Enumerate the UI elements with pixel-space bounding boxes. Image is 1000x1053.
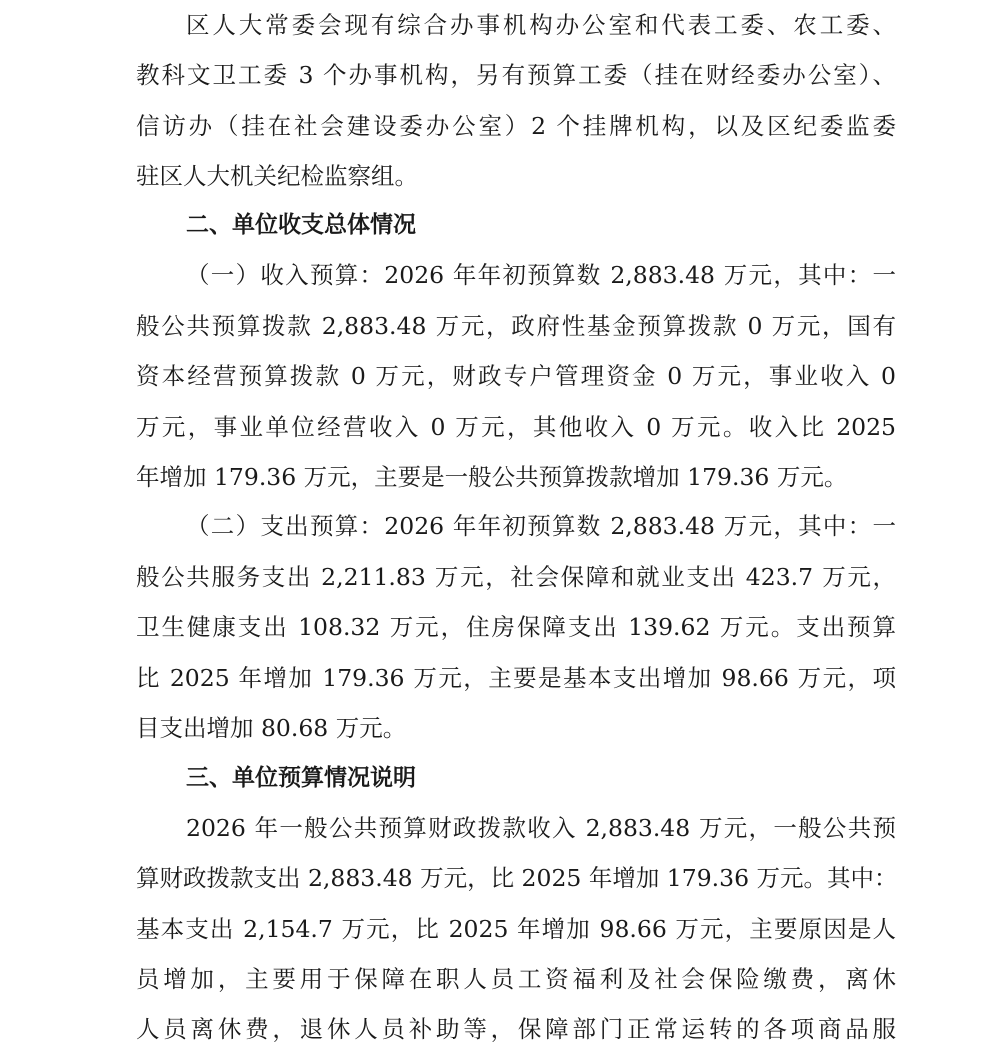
paragraph-budget-explanation-line-5: 人员离休费，退休人员补助等，保障部门正常运转的各项商品服 (136, 1004, 896, 1053)
paragraph-budget-explanation-line-1: 2026 年一般公共预算财政拨款收入 2,883.48 万元，一般公共预 (186, 803, 896, 853)
paragraph-income-budget-line-2: 般公共预算拨款 2,883.48 万元，政府性基金预算拨款 0 万元，国有 (136, 301, 896, 351)
paragraph-income-budget-line-1: （一）收入预算：2026 年年初预算数 2,883.48 万元，其中：一 (186, 250, 896, 300)
paragraph-expenditure-budget-line-4: 比 2025 年增加 179.36 万元，主要是基本支出增加 98.66 万元，… (136, 653, 896, 703)
paragraph-expenditure-budget-line-5: 目支出增加 80.68 万元。 (136, 703, 896, 753)
paragraph-income-budget-line-5: 年增加 179.36 万元，主要是一般公共预算拨款增加 179.36 万元。 (136, 452, 896, 502)
paragraph-org-structure-line-4: 驻区人大机关纪检监察组。 (136, 151, 896, 201)
document-page: 区人大常委会现有综合办事机构办公室和代表工委、农工委、 教科文卫工委 3 个办事… (0, 0, 1000, 1053)
paragraph-budget-explanation-line-3: 基本支出 2,154.7 万元，比 2025 年增加 98.66 万元，主要原因… (136, 904, 896, 954)
section-heading-budget-explanation: 三、单位预算情况说明 (186, 753, 896, 803)
section-heading-overall-income-expenditure: 二、单位收支总体情况 (186, 200, 896, 250)
paragraph-budget-explanation-line-2: 算财政拨款支出 2,883.48 万元，比 2025 年增加 179.36 万元… (136, 853, 896, 903)
paragraph-expenditure-budget-line-1: （二）支出预算：2026 年年初预算数 2,883.48 万元，其中：一 (186, 501, 896, 551)
paragraph-org-structure-line-1: 区人大常委会现有综合办事机构办公室和代表工委、农工委、 (186, 0, 896, 50)
paragraph-income-budget-line-3: 资本经营预算拨款 0 万元，财政专户管理资金 0 万元，事业收入 0 (136, 351, 896, 401)
paragraph-expenditure-budget-line-2: 般公共服务支出 2,211.83 万元，社会保障和就业支出 423.7 万元， (136, 552, 896, 602)
paragraph-org-structure-line-2: 教科文卫工委 3 个办事机构，另有预算工委（挂在财经委办公室）、 (136, 50, 896, 100)
paragraph-income-budget-line-4: 万元，事业单位经营收入 0 万元，其他收入 0 万元。收入比 2025 (136, 402, 896, 452)
paragraph-budget-explanation-line-4: 员增加，主要用于保障在职人员工资福利及社会保险缴费，离休 (136, 954, 896, 1004)
paragraph-expenditure-budget-line-3: 卫生健康支出 108.32 万元，住房保障支出 139.62 万元。支出预算 (136, 602, 896, 652)
paragraph-org-structure-line-3: 信访办（挂在社会建设委办公室）2 个挂牌机构，以及区纪委监委 (136, 101, 896, 151)
